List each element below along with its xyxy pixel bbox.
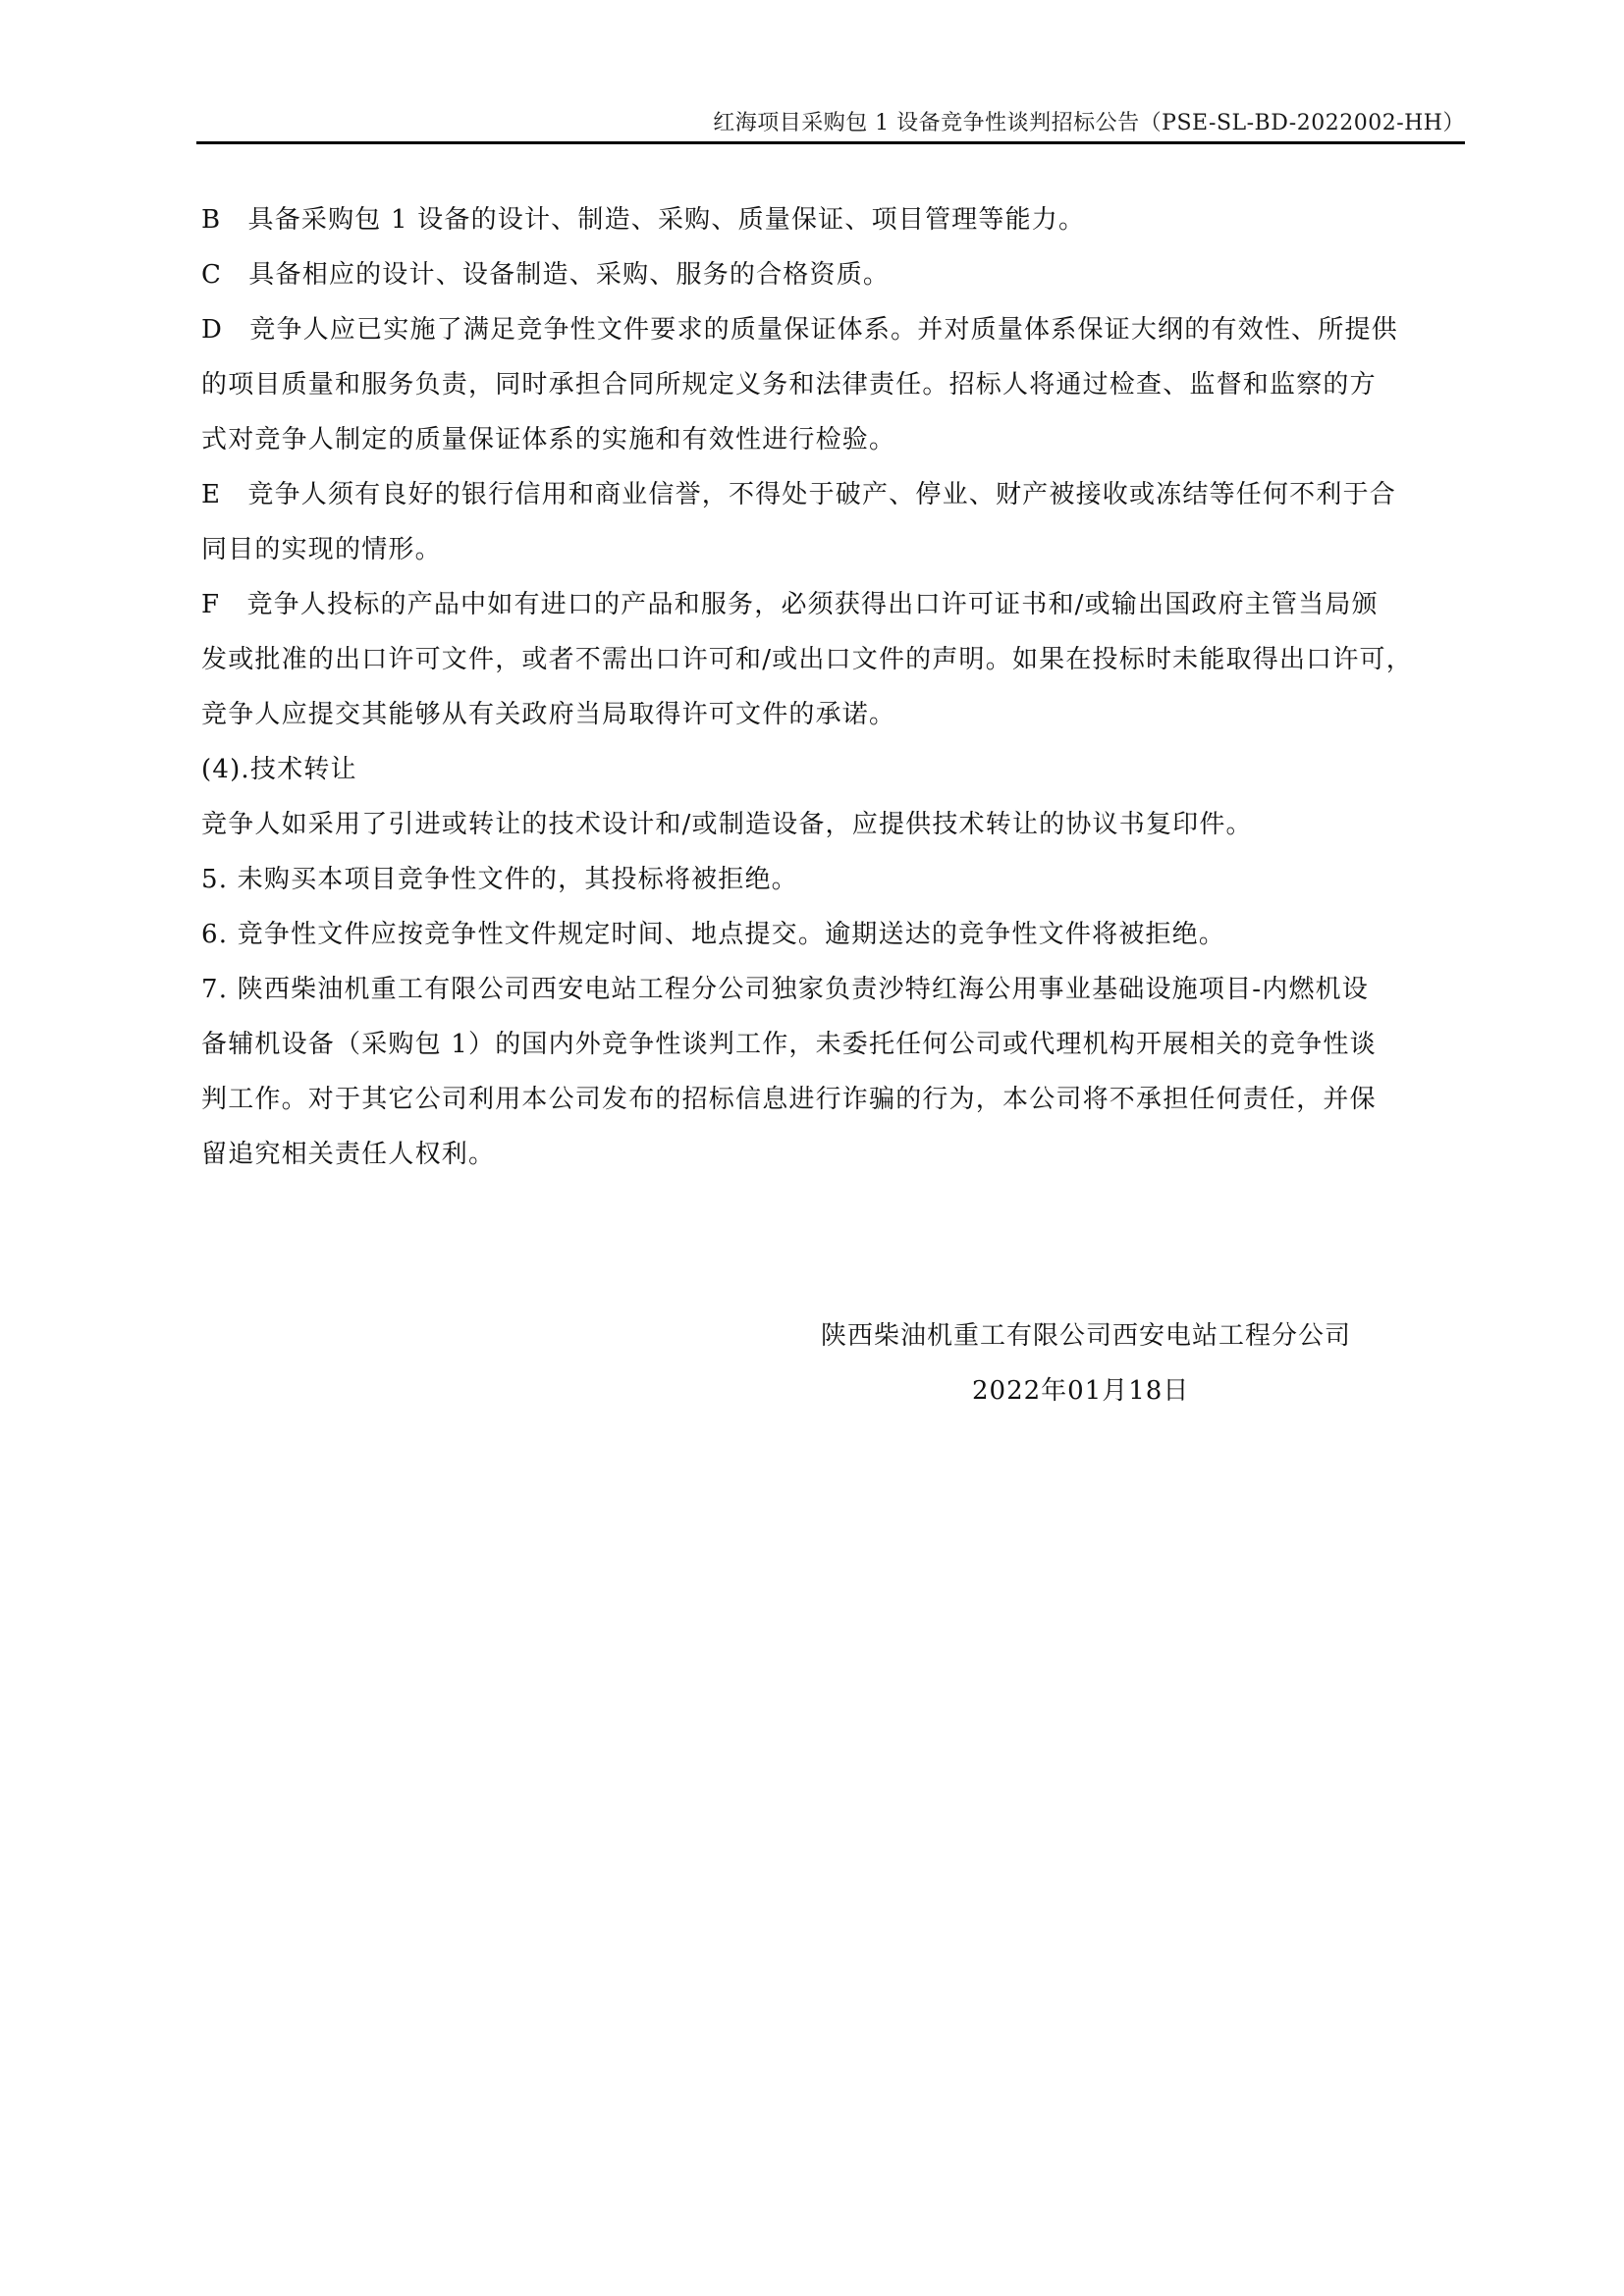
paragraph-f: F 竞争人投标的产品中如有进口的产品和服务，必须获得出口许可证书和/或输出国政府… <box>201 577 1468 742</box>
paragraph-item-7: 7. 陕西柴油机重工有限公司西安电站工程分公司独家负责沙特红海公用事业基础设施项… <box>201 962 1468 1182</box>
paragraph-item-6: 6. 竞争性文件应按竞争性文件规定时间、地点提交。逾期送达的竞争性文件将被拒绝。 <box>201 907 1468 962</box>
text-line: F 竞争人投标的产品中如有进口的产品和服务，必须获得出口许可证书和/或输出国政府… <box>201 577 1468 632</box>
text-line: 5. 未购买本项目竞争性文件的，其投标将被拒绝。 <box>201 852 1468 907</box>
text-line: 的项目质量和服务负责，同时承担合同所规定义务和法律责任。招标人将通过检查、监督和… <box>201 357 1468 412</box>
paragraph-b: B 具备采购包 1 设备的设计、制造、采购、质量保证、项目管理等能力。 <box>201 192 1468 247</box>
paragraph-d: D 竞争人应已实施了满足竞争性文件要求的质量保证体系。并对质量体系保证大纲的有效… <box>201 302 1468 467</box>
text-line: E 竞争人须有良好的银行信用和商业信誉，不得处于破产、停业、财产被接收或冻结等任… <box>201 467 1468 522</box>
text-line: C 具备相应的设计、设备制造、采购、服务的合格资质。 <box>201 247 1468 302</box>
paragraph-e: E 竞争人须有良好的银行信用和商业信誉，不得处于破产、停业、财产被接收或冻结等任… <box>201 467 1468 577</box>
text-line: B 具备采购包 1 设备的设计、制造、采购、质量保证、项目管理等能力。 <box>201 192 1468 247</box>
text-line: D 竞争人应已实施了满足竞争性文件要求的质量保证体系。并对质量体系保证大纲的有效… <box>201 302 1468 357</box>
document-page: 红海项目采购包 1 设备竞争性谈判招标公告（PSE-SL-BD-2022002-… <box>0 0 1624 2296</box>
signature-date: 2022年01月18日 <box>821 1363 1430 1418</box>
document-body: B 具备采购包 1 设备的设计、制造、采购、质量保证、项目管理等能力。 C 具备… <box>201 192 1468 1182</box>
text-line: 6. 竞争性文件应按竞争性文件规定时间、地点提交。逾期送达的竞争性文件将被拒绝。 <box>201 907 1468 962</box>
text-line: 竞争人如采用了引进或转让的技术设计和/或制造设备，应提供技术转让的协议书复印件。 <box>201 797 1468 852</box>
signature-company: 陕西柴油机重工有限公司西安电站工程分公司 <box>821 1308 1430 1363</box>
text-line: 判工作。对于其它公司利用本公司发布的招标信息进行诈骗的行为，本公司将不承担任何责… <box>201 1072 1468 1127</box>
text-line: 发或批准的出口许可文件，或者不需出口许可和/或出口文件的声明。如果在投标时未能取… <box>201 632 1468 687</box>
paragraph-item-5: 5. 未购买本项目竞争性文件的，其投标将被拒绝。 <box>201 852 1468 907</box>
signature-block: 陕西柴油机重工有限公司西安电站工程分公司 2022年01月18日 <box>821 1308 1430 1418</box>
paragraph-c: C 具备相应的设计、设备制造、采购、服务的合格资质。 <box>201 247 1468 302</box>
text-line: 式对竞争人制定的质量保证体系的实施和有效性进行检验。 <box>201 412 1468 467</box>
text-line: 同目的实现的情形。 <box>201 522 1468 577</box>
text-line: 留追究相关责任人权利。 <box>201 1127 1468 1182</box>
section-heading: (4).技术转让 <box>201 742 1468 797</box>
header-divider <box>196 141 1465 144</box>
running-header: 红海项目采购包 1 设备竞争性谈判招标公告（PSE-SL-BD-2022002-… <box>196 110 1465 137</box>
section-heading-technology-transfer: (4).技术转让 <box>201 742 1468 797</box>
text-line: 7. 陕西柴油机重工有限公司西安电站工程分公司独家负责沙特红海公用事业基础设施项… <box>201 962 1468 1017</box>
text-line: 备辅机设备（采购包 1）的国内外竞争性谈判工作，未委托任何公司或代理机构开展相关… <box>201 1017 1468 1072</box>
paragraph-technology-transfer: 竞争人如采用了引进或转让的技术设计和/或制造设备，应提供技术转让的协议书复印件。 <box>201 797 1468 852</box>
text-line: 竞争人应提交其能够从有关政府当局取得许可文件的承诺。 <box>201 687 1468 742</box>
